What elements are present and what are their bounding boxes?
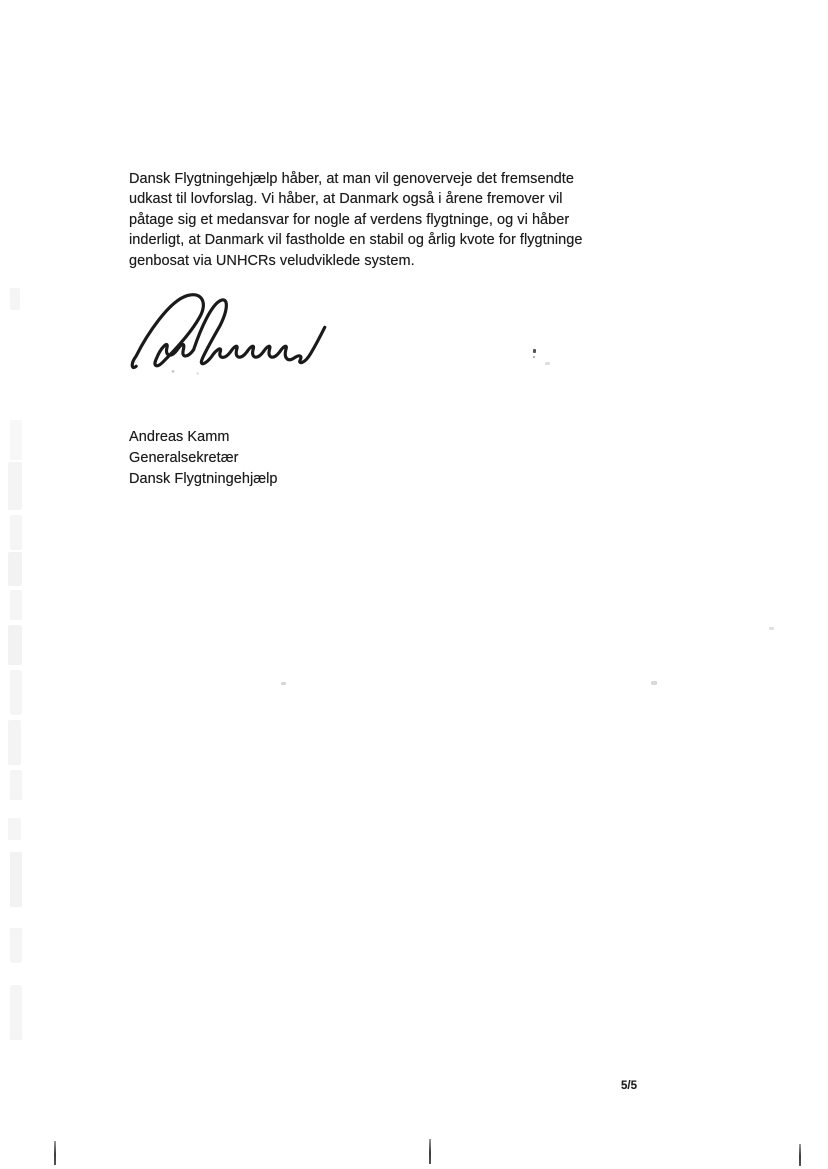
scan-smudge (8, 818, 21, 840)
scan-speck (281, 682, 286, 685)
scan-smudge (10, 288, 20, 310)
letter-body-line: Dansk Flygtningehjælp håber, at man vil … (129, 169, 609, 189)
scan-smudge (10, 670, 22, 715)
handwritten-signature-icon (130, 289, 335, 379)
signer-organization: Dansk Flygtningehjælp (129, 469, 278, 490)
page-number: 5/5 (621, 1080, 637, 1092)
scan-smudge (10, 420, 22, 460)
letter-body-paragraph: Dansk Flygtningehjælp håber, at man vil … (129, 169, 609, 271)
scan-speck (533, 356, 535, 358)
scan-speck (545, 362, 550, 365)
scan-smudge (8, 625, 22, 665)
scan-speck (651, 681, 657, 685)
crop-mark-tick (799, 1144, 801, 1166)
scan-smudge (10, 852, 22, 907)
scan-smudge (8, 720, 21, 765)
scan-speck (769, 627, 774, 630)
letter-body-line: påtage sig et medansvar for nogle af ver… (129, 210, 609, 230)
scan-smudge (10, 770, 22, 800)
scan-smudge (8, 552, 22, 586)
scan-smudge (10, 985, 22, 1040)
scanned-letter-page: Dansk Flygtningehjælp håber, at man vil … (0, 0, 828, 1169)
scan-smudge (10, 590, 22, 620)
scan-smudge (10, 515, 22, 550)
scan-smudge (10, 928, 22, 963)
letter-body-line: udkast til lovforslag. Vi håber, at Danm… (129, 189, 609, 209)
scan-speck (533, 349, 536, 353)
scan-smudge (8, 462, 22, 510)
letter-body-line: genbosat via UNHCRs veludviklede system. (129, 251, 609, 271)
letter-body-line: inderligt, at Danmark vil fastholde en s… (129, 230, 609, 250)
signer-name: Andreas Kamm (129, 427, 278, 448)
signer-block: Andreas Kamm Generalsekretær Dansk Flygt… (129, 427, 278, 489)
crop-mark-tick (429, 1139, 431, 1164)
signer-title: Generalsekretær (129, 448, 278, 469)
crop-mark-tick (54, 1141, 56, 1165)
